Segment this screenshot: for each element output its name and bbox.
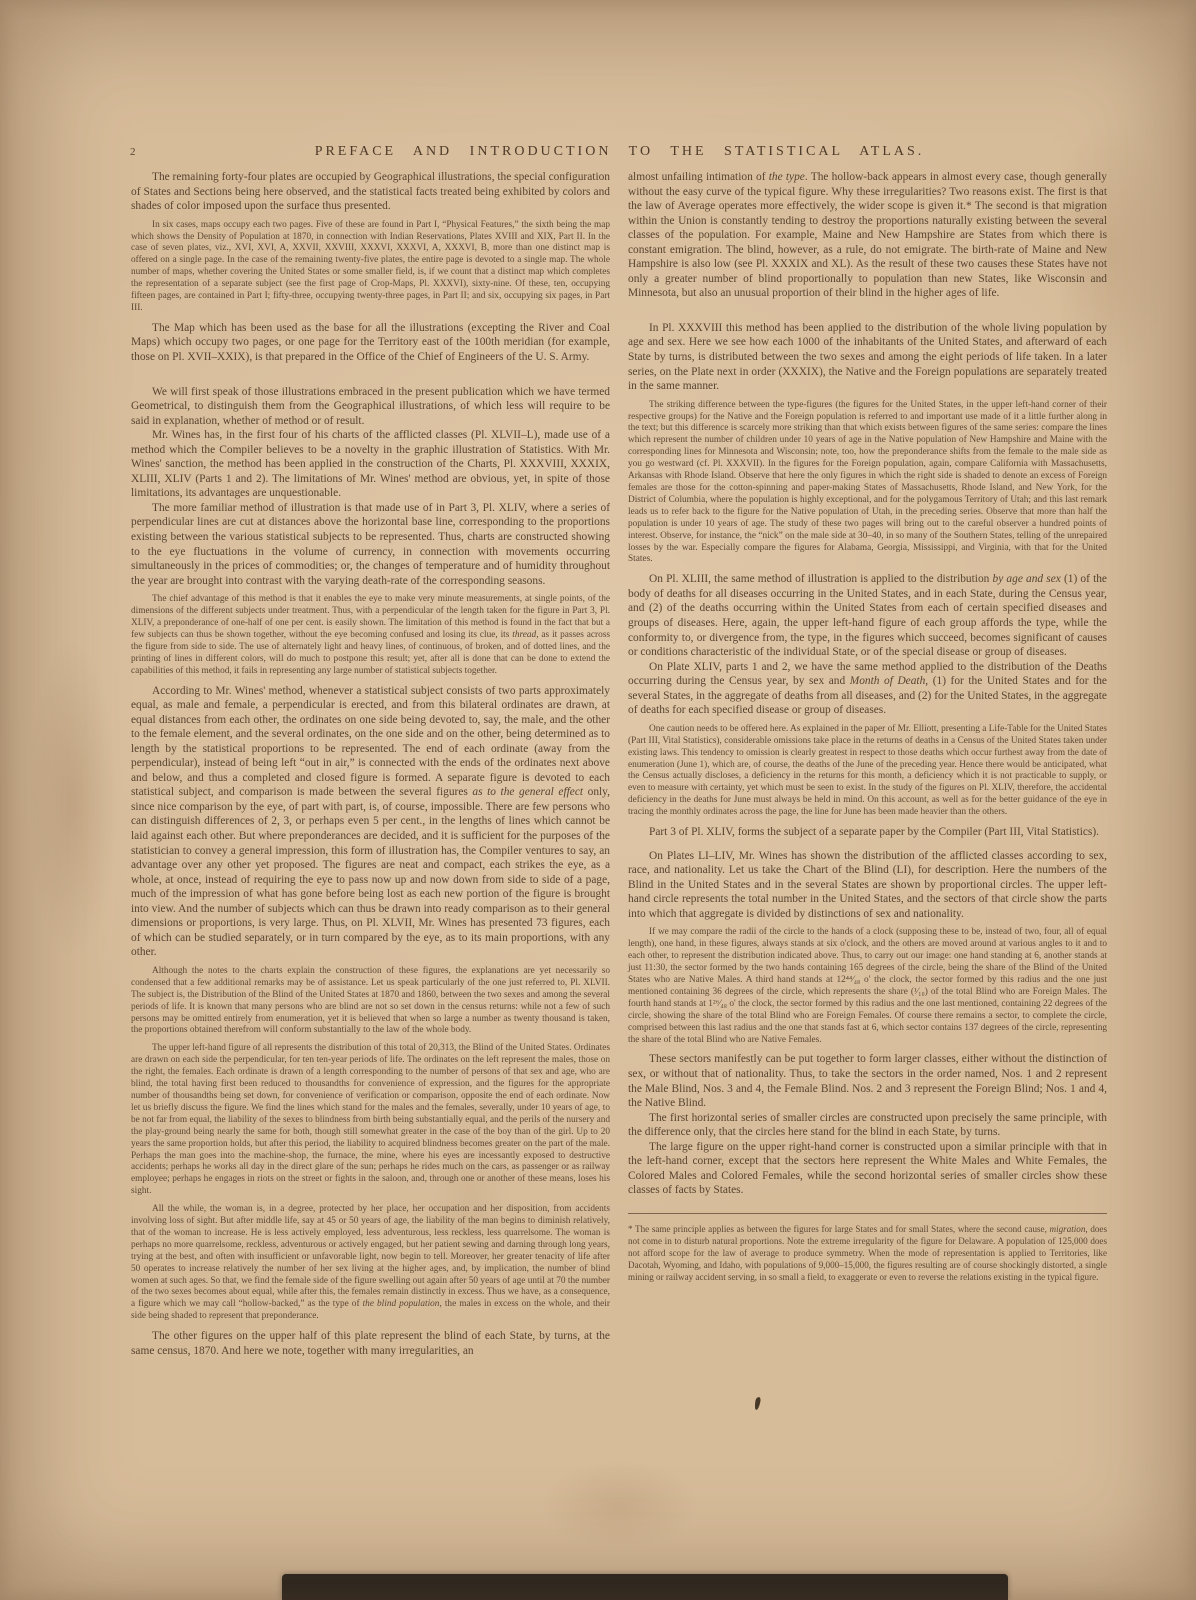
right-column: almost unfailing intimation of the type.…: [628, 170, 1107, 1289]
paragraph: The other figures on the upper half of t…: [131, 1329, 610, 1358]
paragraph: On Pl. XLIII, the same method of illustr…: [628, 572, 1107, 659]
paragraph: Mr. Wines has, in the first four of his …: [131, 428, 610, 501]
scanner-strip-artifact: [282, 1574, 1008, 1600]
paragraph: In Pl. XXXVIII this method has been appl…: [628, 321, 1107, 394]
left-column: The remaining forty-four plates are occu…: [131, 170, 610, 1358]
paragraph: We will first speak of those illustratio…: [131, 385, 610, 429]
footnote: * The same principle applies as between …: [628, 1223, 1107, 1283]
paragraph: almost unfailing intimation of the type.…: [628, 170, 1107, 301]
small-print-paragraph: The upper left-hand figure of all repres…: [131, 1043, 610, 1198]
paragraph: The remaining forty-four plates are occu…: [131, 170, 610, 214]
paragraph: The Map which has been used as the base …: [131, 321, 610, 365]
small-print-paragraph: The chief advantage of this method is th…: [131, 594, 610, 677]
paragraph: The first horizontal series of smaller c…: [628, 1111, 1107, 1140]
small-print-paragraph: Although the notes to the charts explain…: [131, 966, 610, 1037]
paragraph: These sectors manifestly can be put toge…: [628, 1052, 1107, 1110]
paragraph: The more familiar method of illustration…: [131, 501, 610, 588]
paragraph: Part 3 of Pl. XLIV, forms the subject of…: [628, 825, 1107, 840]
small-print-paragraph: In six cases, maps occupy each two pages…: [131, 220, 610, 315]
scanned-page: 2 PREFACE AND INTRODUCTION TO THE STATIS…: [0, 0, 1196, 1600]
footnote-divider: [628, 1213, 1107, 1214]
ink-mark-artifact: [754, 1397, 761, 1411]
paragraph: The large figure on the upper right-hand…: [628, 1140, 1107, 1198]
paragraph: According to Mr. Wines' method, whenever…: [131, 684, 610, 960]
page-title: PREFACE AND INTRODUCTION TO THE STATISTI…: [132, 144, 1107, 160]
small-print-paragraph: If we may compare the radii of the circl…: [628, 927, 1107, 1046]
paragraph: On Plates LI–LIV, Mr. Wines has shown th…: [628, 849, 1107, 922]
small-print-paragraph: The striking difference between the type…: [628, 400, 1107, 567]
paper-stain: [540, 1460, 700, 1550]
small-print-paragraph: All the while, the woman is, in a degree…: [131, 1204, 610, 1323]
paper-stain: [28, 640, 118, 960]
paragraph: On Plate XLIV, parts 1 and 2, we have th…: [628, 660, 1107, 718]
small-print-paragraph: One caution needs to be offered here. As…: [628, 724, 1107, 819]
